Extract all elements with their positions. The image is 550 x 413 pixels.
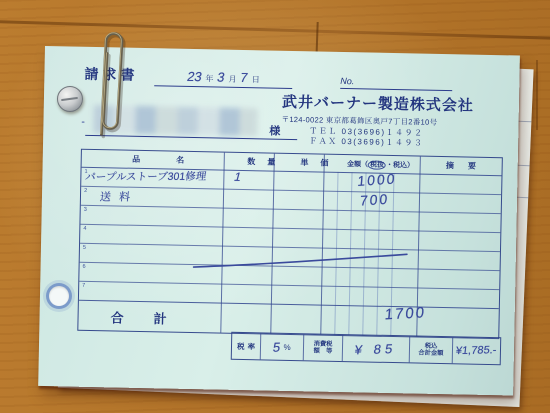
consumption-tax-label-cell: 消費税 額 等 [303, 334, 343, 361]
col-header-item: 品名 [82, 153, 235, 167]
date-year: 23 [185, 69, 202, 84]
row-number: 2 [84, 188, 87, 194]
handwritten-item-2: 送料 [99, 188, 139, 204]
floor-plank-joint [536, 60, 538, 130]
row-number: 4 [83, 226, 86, 232]
handwritten-item-1: パープルストーブ301修理 [84, 169, 207, 185]
grand-total-amount-cell: ¥1,785.- [452, 337, 501, 364]
tax-rate-label-cell: 税率 [232, 333, 261, 360]
closing-pen-stroke [191, 244, 411, 274]
handwritten-tax-amount: ¥ 85 [354, 341, 398, 357]
consumption-tax-amount-cell: ¥ 85 [342, 335, 410, 362]
handwritten-tax-rate: 5 [272, 339, 281, 354]
col-header-remarks: 摘要 [420, 160, 502, 173]
date-day-label: 日 [252, 74, 260, 85]
date-month-label: 月 [228, 74, 236, 85]
row-number: 3 [84, 207, 87, 213]
date-day: 7 [239, 70, 249, 85]
row-number: 7 [82, 283, 85, 289]
col-header-qty: 数量 [235, 156, 288, 168]
company-name: 武井バーナー製造株式会社 [282, 91, 474, 116]
percent-sign: % [283, 342, 290, 351]
paperclip-icon [86, 23, 138, 146]
total-label: 合計 [100, 307, 196, 328]
date-year-label: 年 [205, 73, 213, 84]
metal-eyelet [57, 86, 83, 112]
customer-dash: - [81, 117, 85, 128]
grand-total-label-cell: 税込 合計金額 [409, 336, 453, 363]
customer-honorific: 様 [269, 123, 280, 139]
photo-scene: 正 ち 大 ケ 請求書 23 年 3 月 7 日 No. 武井バーナー製造株式会… [0, 0, 550, 413]
invoice-number-line: No. [340, 76, 452, 91]
punched-hole [49, 286, 69, 306]
row-number: 5 [83, 245, 86, 251]
row-number: 6 [83, 264, 86, 270]
tax-rate-value-cell: 5 % [260, 333, 304, 360]
no-label: No. [340, 76, 354, 86]
circled-tax-excl: 税抜 [368, 160, 386, 169]
invoice-date: 23 年 3 月 7 日 [154, 68, 292, 89]
company-fax: ＦＡＸ 03(3696)１４９３ [309, 135, 423, 148]
handwritten-total: 1700 [384, 304, 427, 323]
floor-plank-seam [0, 20, 550, 40]
handwritten-amount-2: 700 [359, 191, 389, 209]
date-month: 3 [216, 69, 226, 84]
handwritten-grand-total: ¥1,785.- [455, 344, 497, 357]
handwritten-amount-1: 1000 [357, 170, 397, 189]
col-header-amount: 金額（税抜・税込） [341, 158, 420, 170]
tax-total-strip: 税率 5 % 消費税 額 等 ¥ 85 税込 合計金額 ¥1,785.- [231, 332, 502, 365]
col-header-unit-price: 単価 [288, 157, 341, 169]
